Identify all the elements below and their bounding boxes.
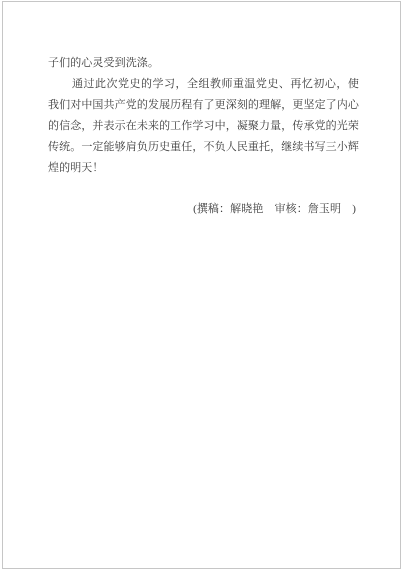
- paragraph-continuation: 子们的心灵受到洗涤。: [48, 53, 359, 74]
- paragraph-main: 通过此次党史的学习，全组教师重温党史、再忆初心，使我们对中国共产党的发展历程有了…: [48, 74, 359, 179]
- byline: (撰稿：解晓艳 审核：詹玉明 ): [48, 199, 359, 220]
- document-page: 子们的心灵受到洗涤。 通过此次党史的学习，全组教师重温党史、再忆初心，使我们对中…: [2, 1, 401, 569]
- document-body: 子们的心灵受到洗涤。 通过此次党史的学习，全组教师重温党史、再忆初心，使我们对中…: [48, 53, 359, 220]
